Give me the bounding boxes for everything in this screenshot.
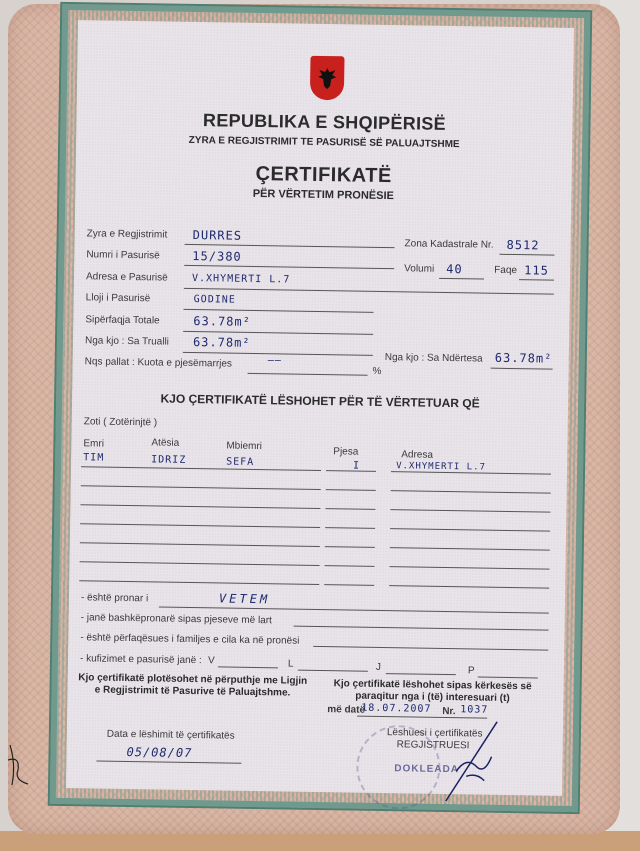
owner-table-line	[325, 565, 375, 567]
boundary-j-label: J	[376, 662, 381, 673]
property-number-line	[184, 265, 394, 269]
cadastral-zone-line	[499, 254, 554, 256]
share-label: Nqs pallat : Kuota e pjesëmarrjes	[85, 356, 232, 369]
boundary-v-label: V	[208, 655, 215, 666]
column-adresa: Adresa	[401, 449, 433, 460]
volume-line	[439, 278, 484, 280]
address-line	[184, 288, 554, 295]
albanian-eagle-emblem-icon	[310, 56, 345, 101]
issue-date-value: 05/08/07	[126, 745, 192, 760]
owner-table-line	[325, 546, 375, 548]
owner-table-line	[390, 528, 550, 532]
property-number-value: 15/380	[192, 249, 242, 264]
registry-office-value: DURRES	[193, 228, 243, 243]
background-table	[0, 831, 640, 851]
total-area-line	[183, 331, 373, 335]
page-label: Faqe	[494, 265, 517, 276]
owner-table-line	[389, 585, 549, 589]
property-type-line	[184, 309, 374, 313]
owner-table-line	[81, 485, 321, 490]
registrar-signature	[436, 716, 507, 807]
sole-owner-line	[159, 606, 549, 613]
owner-table-line	[324, 584, 374, 586]
owner-first-name: TIM	[83, 452, 104, 463]
boundary-j-line	[386, 673, 456, 675]
margin-signature	[2, 740, 32, 790]
boundary-p-label: P	[468, 665, 475, 676]
sole-owner-value: VETEM	[219, 591, 270, 606]
property-number-label: Numri i Pasurisë	[86, 249, 160, 261]
land-area-label: Nga kjo : Sa Trualli	[85, 335, 169, 347]
owner-table-line	[80, 542, 320, 547]
cadastral-zone-value: 8512	[506, 238, 539, 253]
family-rep-label: - është përfaqësues i familjes e cila ka…	[80, 632, 299, 646]
owner-row: TIM IDRIZ SEFA I V.XHYMERTI L.7	[78, 20, 574, 28]
building-area-value: 63.78m²	[495, 351, 553, 366]
owner-table-line	[325, 527, 375, 529]
share-value: ——	[268, 355, 282, 366]
owner-table-line	[390, 547, 550, 551]
cadastral-zone-label: Zona Kadastrale Nr.	[405, 238, 494, 250]
owner-surname: SEFA	[226, 457, 254, 468]
owner-table-line	[79, 580, 319, 585]
request-note: Kjo çertifikatë lëshohet sipas kërkesës …	[317, 678, 547, 706]
mr-label: Zoti ( Zotërinjtë )	[84, 416, 158, 428]
volume-label: Volumi	[404, 263, 434, 274]
total-area-value: 63.78m²	[193, 314, 251, 329]
column-mbiemri: Mbiemri	[226, 441, 262, 453]
owner-table-lines	[78, 20, 574, 28]
address-label: Adresa e Pasurisë	[86, 271, 168, 283]
owners-heading: KJO ÇERTIFIKATË LËSHOHET PËR TË VËRTETUA…	[72, 390, 568, 412]
owner-table-line	[390, 566, 550, 570]
owner-table-line	[390, 509, 550, 513]
building-area-line	[491, 368, 553, 370]
boundary-l-line	[298, 670, 368, 672]
issue-date-label: Data e lëshimit të çertifikatës	[107, 729, 235, 742]
co-owners-label: - janë bashkëpronarë sipas pjeseve më la…	[81, 612, 272, 626]
owner-table-line	[80, 523, 320, 528]
total-area-label: Sipërfaqja Totale	[85, 314, 159, 326]
request-date-value: 18.07.2007	[361, 703, 431, 715]
boundaries-label: - kufizimet e pasurisë janë :	[80, 653, 202, 666]
page-value: 115	[524, 263, 549, 277]
share-line	[248, 373, 368, 376]
boundary-v-line	[218, 666, 278, 668]
owner-table-line	[326, 489, 376, 491]
owner-father-name: IDRIZ	[151, 454, 186, 466]
certificate-paper: REPUBLIKA E SHQIPËRISË ZYRA E REGJISTRIM…	[66, 20, 574, 796]
land-area-value: 63.78m²	[193, 335, 251, 350]
request-date-label: më datë	[327, 704, 365, 716]
column-pjesa: Pjesa	[333, 446, 358, 457]
percent-sign: %	[372, 366, 381, 377]
volume-value: 40	[446, 262, 463, 276]
column-atesia: Atësia	[151, 437, 179, 448]
country-title: REPUBLIKA E SHQIPËRISË	[76, 108, 572, 137]
office-title: ZYRA E REGJISTRIMIT TE PASURISË SË PALUA…	[76, 133, 572, 152]
boundary-p-line	[478, 677, 538, 679]
page-line	[519, 279, 554, 281]
address-value: V.XHYMERTI L.7	[192, 273, 290, 286]
owner-table-line	[80, 561, 320, 566]
sole-owner-label: - është pronar i	[81, 592, 148, 604]
registry-office-label: Zyra e Regjistrimit	[87, 228, 168, 240]
law-note: Kjo çertifikatë plotësohet në përputhje …	[77, 672, 307, 700]
issue-date-line	[96, 761, 241, 764]
owner-table-line	[391, 490, 551, 494]
owner-table-line	[326, 470, 376, 472]
owner-table-line	[81, 466, 321, 471]
owner-table-line	[391, 471, 551, 475]
column-emri: Emri	[83, 438, 104, 449]
family-rep-line	[313, 646, 548, 651]
co-owners-line	[294, 626, 549, 631]
registry-office-line	[185, 244, 395, 248]
certificate-frame: REPUBLIKA E SHQIPËRISË ZYRA E REGJISTRIM…	[50, 4, 591, 812]
property-type-label: Lloji i Pasurisë	[86, 292, 151, 304]
boundary-l-label: L	[288, 659, 294, 670]
request-nr-value: 1037	[460, 704, 488, 715]
owner-table-line	[80, 504, 320, 509]
property-type-value: GODINE	[194, 294, 236, 306]
building-area-label: Nga kjo : Sa Ndërtesa	[385, 352, 483, 365]
owner-table-line	[325, 508, 375, 510]
